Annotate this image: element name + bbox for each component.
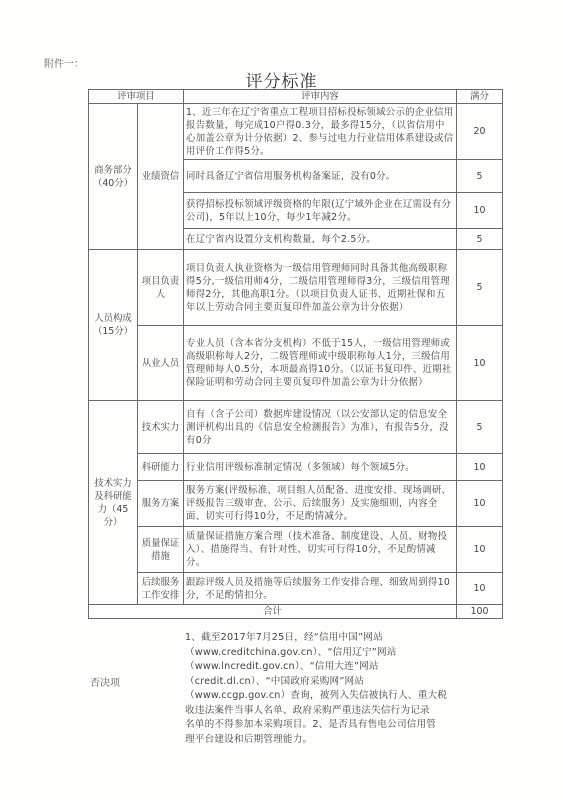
- subitem-tech-strength: 技术实力: [138, 401, 184, 454]
- veto-line: （www.ccgp.gov.cn）查询，被列入失信被执行人、重大税: [185, 689, 480, 704]
- subitem-performance: 业绩资信: [138, 104, 184, 250]
- row-score: 5: [457, 401, 503, 454]
- veto-label: 否决项: [90, 674, 120, 689]
- row-content: 自有（含子公司）数据库建设情况（以公安部认定的信息安全测评机构出具的《信息安全检…: [184, 401, 457, 454]
- subitem-project-lead: 项目负责人: [138, 250, 184, 326]
- total-row: 合计 100: [89, 605, 503, 619]
- row-content: 行业信用评级标准制定情况（多领域）每个领域5分。: [184, 454, 457, 481]
- veto-line: （www.lncredit.gov.cn）、“信用大连”网站: [185, 660, 480, 675]
- row-score: 10: [457, 573, 503, 605]
- category-business: 商务部分（40分）: [89, 104, 138, 250]
- veto-line: 1、截至2017年7月25日，经“信用中国”网站: [185, 631, 480, 646]
- table-row: 质量保证措施 质量保证措施方案合理（技术准备、制度建设、人员、财物投入）、措施得…: [89, 527, 503, 573]
- row-content: 质量保证措施方案合理（技术准备、制度建设、人员、财物投入）、措施得当、有针对性、…: [184, 527, 457, 573]
- header-item: 评审项目: [89, 90, 184, 104]
- row-content: 同时具备辽宁省信用服务机构备案证，没有0分。: [184, 160, 457, 193]
- row-score: 5: [457, 229, 503, 250]
- veto-line: （www.creditchina.gov.cn）、“信用辽宁”网站: [185, 646, 480, 661]
- subitem-staff: 从业人员: [138, 326, 184, 401]
- table-header-row: 评审项目 评审内容 满分: [89, 90, 503, 104]
- table-row: 科研能力 行业信用评级标准制定情况（多领域）每个领域5分。 10: [89, 454, 503, 481]
- scoring-table: 评审项目 评审内容 满分 商务部分（40分） 业绩资信 1、近三年在辽宁省重点工…: [88, 89, 503, 619]
- row-content: 在辽宁省内设置分支机构数量，每个2.5分。: [184, 229, 457, 250]
- veto-line: 收违法案件当事人名单、政府采购严重违法失信行为记录: [185, 704, 480, 719]
- veto-line: （credit.dl.cn）、“中国政府采购网”网站: [185, 675, 480, 690]
- row-score: 10: [457, 481, 503, 527]
- subitem-research: 科研能力: [138, 454, 184, 481]
- subitem-quality-assurance: 质量保证措施: [138, 527, 184, 573]
- subitem-service-plan: 服务方案: [138, 481, 184, 527]
- header-content: 评审内容: [184, 90, 457, 104]
- table-row: 从业人员 专业人员（含本省分支机构）不低于15人，一级信用管理师或高级职称每人2…: [89, 326, 503, 401]
- total-label: 合计: [89, 605, 457, 619]
- row-content: 1、近三年在辽宁省重点工程项目招标投标领域公示的企业信用报告数量，每完成10户得…: [184, 104, 457, 160]
- table-row: 服务方案 服务方案(评级标准、项目组人员配备、进度安排、现场调研、评级报告三级审…: [89, 481, 503, 527]
- veto-line: 名单的不得参加本采购项目。2、是否具有售电公司信用管: [185, 718, 480, 733]
- veto-text: 1、截至2017年7月25日，经“信用中国”网站 （www.creditchin…: [185, 631, 480, 747]
- table-row: 人员构成（15分） 项目负责人 项目负责人执业资格为一级信用管理师同时具备其他高…: [89, 250, 503, 326]
- row-content: 专业人员（含本省分支机构）不低于15人，一级信用管理师或高级职称每人2分，二级管…: [184, 326, 457, 401]
- row-content: 跟踪评级人员及措施等后续服务工作安排合理、细致周到得10分，不足酌情扣分。: [184, 573, 457, 605]
- row-score: 5: [457, 160, 503, 193]
- total-score: 100: [457, 605, 503, 619]
- row-content: 项目负责人执业资格为一级信用管理师同时具备其他高级职称得5分,一级信用师4分，二…: [184, 250, 457, 326]
- row-score: 10: [457, 454, 503, 481]
- row-score: 10: [457, 193, 503, 229]
- table-row: 商务部分（40分） 业绩资信 1、近三年在辽宁省重点工程项目招标投标领域公示的企…: [89, 104, 503, 160]
- row-score: 5: [457, 250, 503, 326]
- header-score: 满分: [457, 90, 503, 104]
- row-score: 20: [457, 104, 503, 160]
- category-personnel: 人员构成（15分）: [89, 250, 138, 401]
- subitem-follow-up: 后续服务工作安排: [138, 573, 184, 605]
- table-row: 后续服务工作安排 跟踪评级人员及措施等后续服务工作安排合理、细致周到得10分，不…: [89, 573, 503, 605]
- veto-line: 理平台建设和后期管理能力。: [185, 733, 480, 748]
- row-score: 10: [457, 326, 503, 401]
- row-score: 10: [457, 527, 503, 573]
- table-row: 技术实力及科研能力（45分） 技术实力 自有（含子公司）数据库建设情况（以公安部…: [89, 401, 503, 454]
- row-content: 服务方案(评级标准、项目组人员配备、进度安排、现场调研、评级报告三级审查、公示、…: [184, 481, 457, 527]
- category-technical: 技术实力及科研能力（45分）: [89, 401, 138, 605]
- row-content: 获得招标投标领域评级资格的年限(辽宁域外企业在辽需设有分公司)，5年以上10分，…: [184, 193, 457, 229]
